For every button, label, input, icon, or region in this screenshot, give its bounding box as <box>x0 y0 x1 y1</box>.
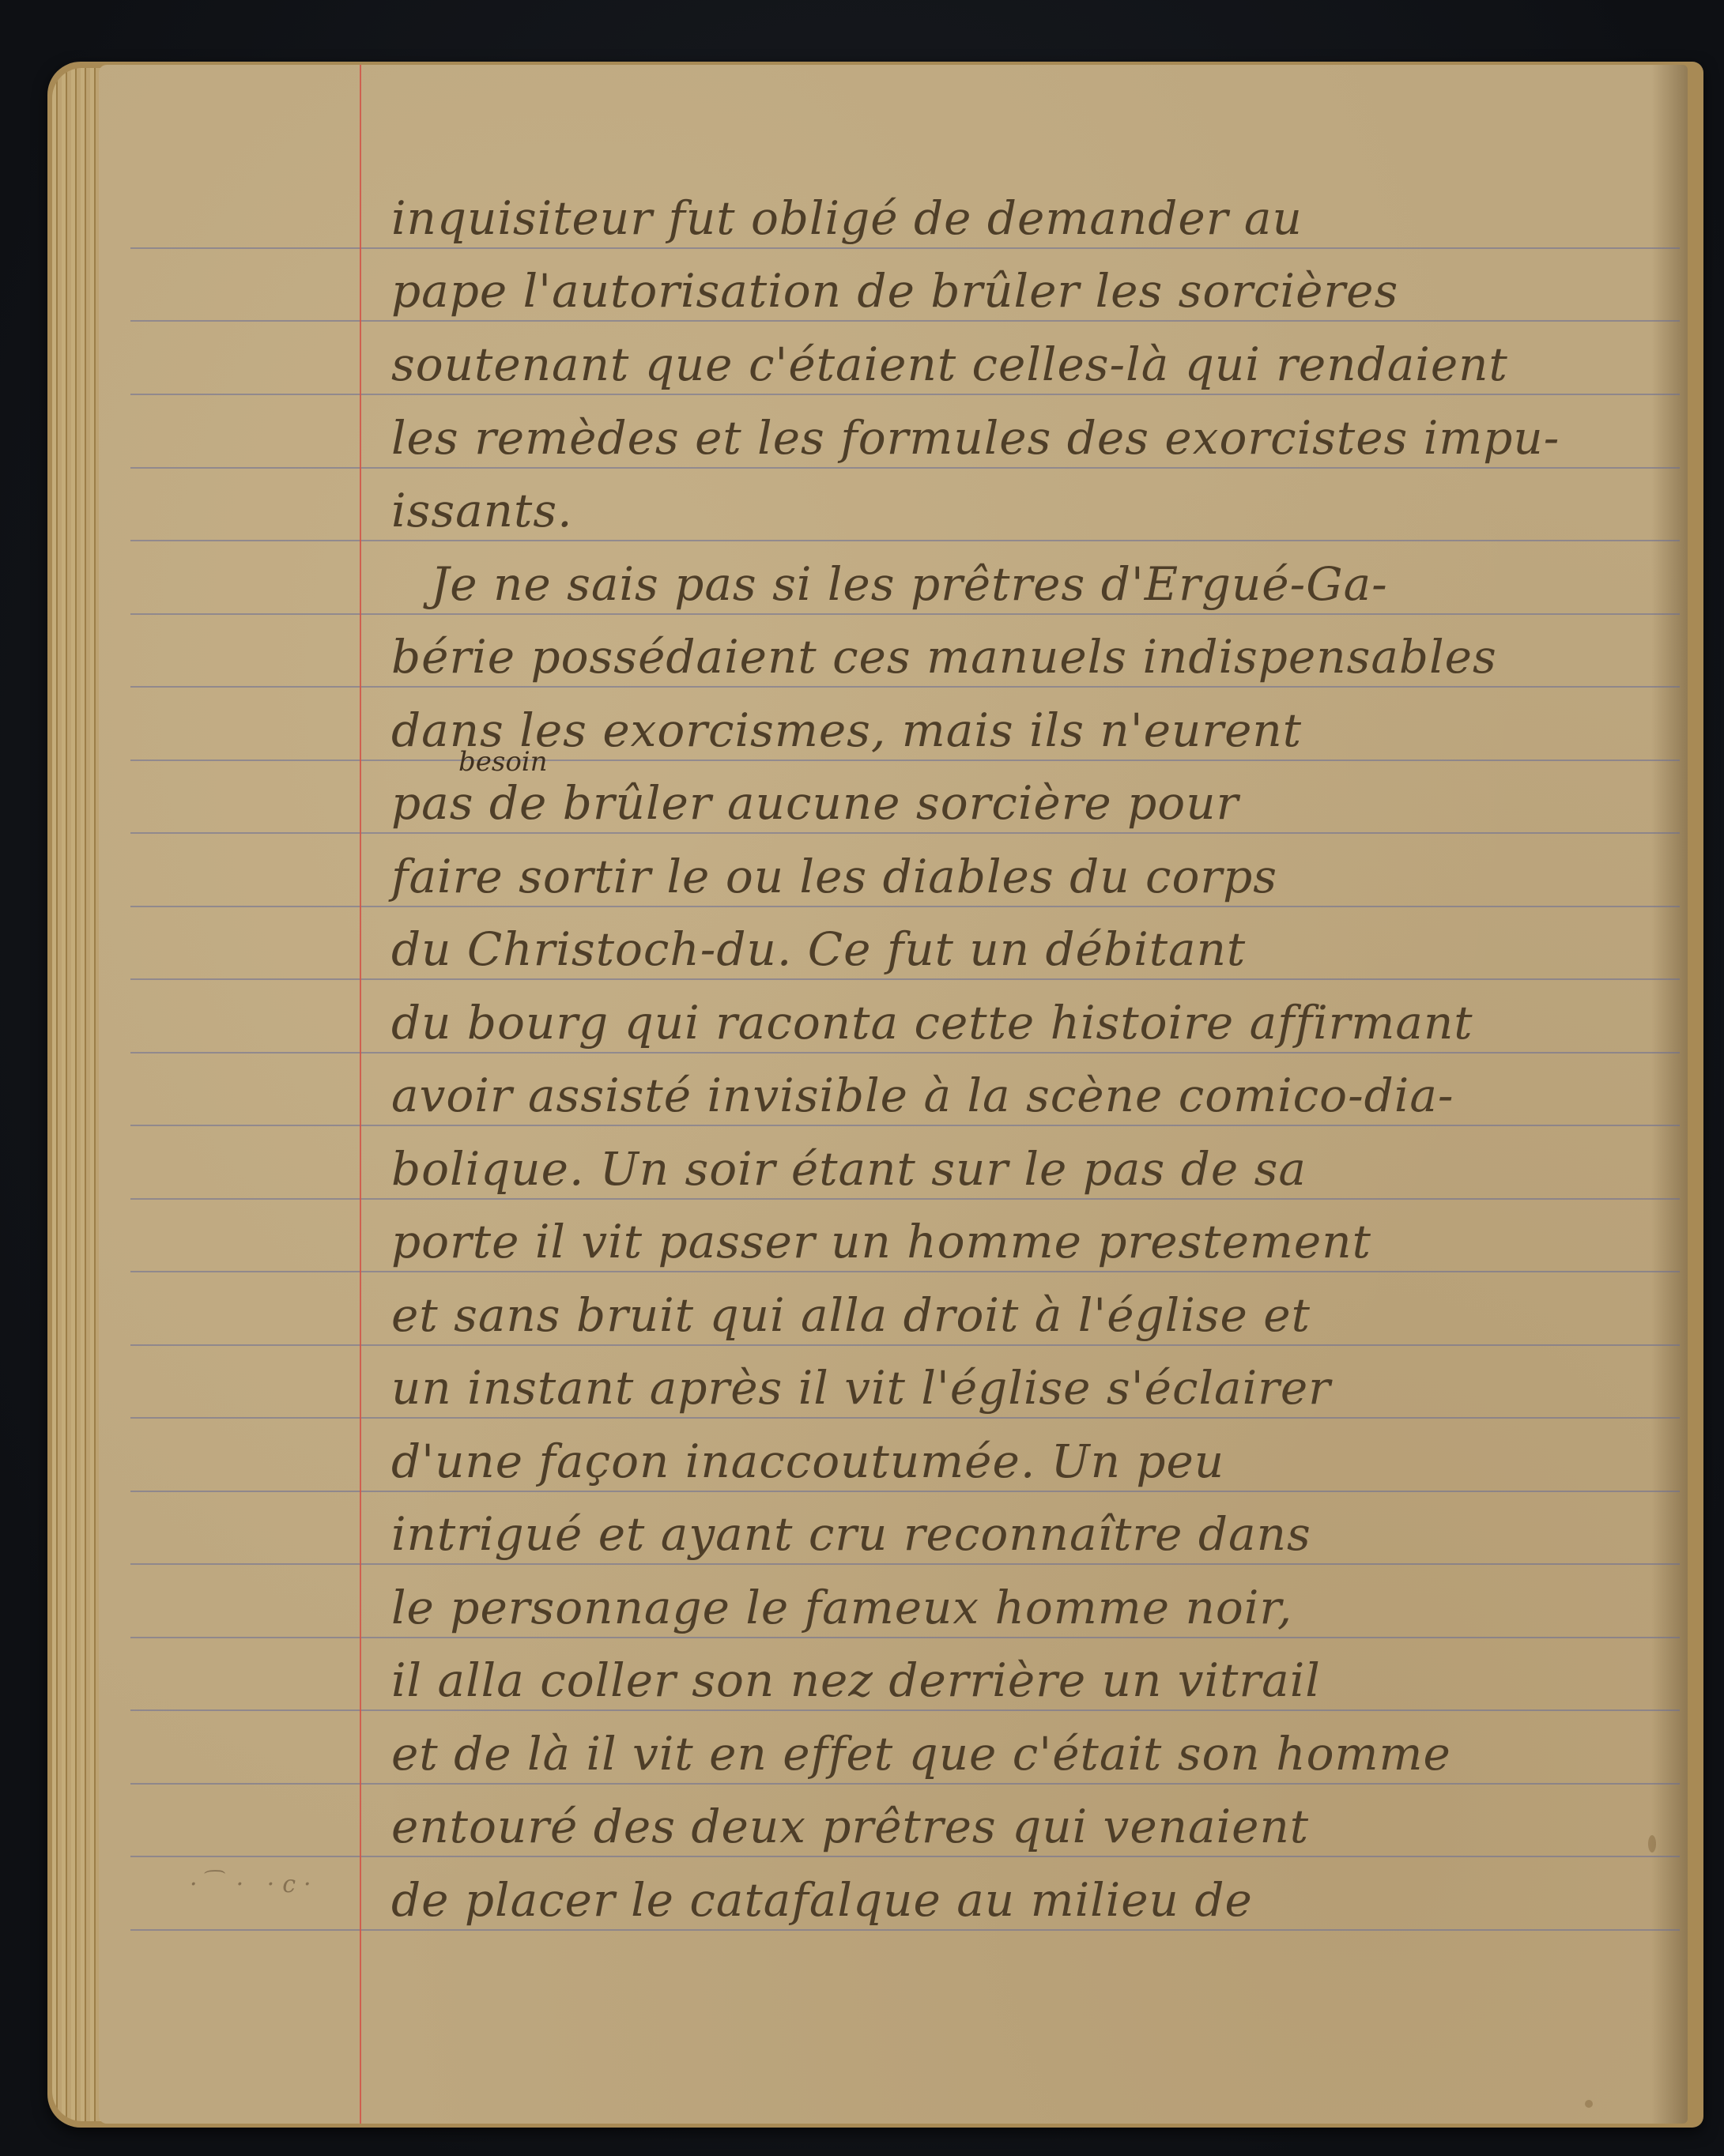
text-line: bolique. Un soir étant sur le pas de sa <box>391 1133 1664 1205</box>
text-line: issants. <box>391 474 1664 547</box>
red-margin-line <box>360 65 361 2124</box>
text-line: soutenant que c'étaient celles-là qui re… <box>391 328 1664 401</box>
faint-margin-marks: · ͡ · ·c· <box>190 1871 319 1898</box>
text-line: intrigué et ayant cru reconnaître dans <box>391 1498 1664 1570</box>
text-line: entouré des deux prêtres qui venaient <box>391 1790 1664 1863</box>
text-line: et de là il vit en effet que c'était son… <box>391 1717 1664 1790</box>
notebook-page: inquisiteur fut obligé de demander au pa… <box>99 65 1688 2124</box>
text-line: il alla coller son nez derrière un vitra… <box>391 1644 1664 1717</box>
text-line: le personnage le fameux homme noir, <box>391 1571 1664 1644</box>
text-line-paragraph-start: Je ne sais pas si les prêtres d'Ergué-Ga… <box>391 548 1664 620</box>
text-line: pas de brûler aucune sorcière pour <box>391 767 1664 839</box>
text-line: de placer le catafalque au milieu de <box>391 1864 1664 1936</box>
text-line: du Christoch-du. Ce fut un débitant <box>391 913 1664 986</box>
text-line: du bourg qui raconta cette histoire affi… <box>391 986 1664 1059</box>
text-line: dans les exorcismes, mais ils n'eurent <box>391 694 1664 767</box>
text-line: faire sortir le ou les diables du corps <box>391 840 1664 913</box>
ink-stain <box>1585 2100 1593 2108</box>
text-line: avoir assisté invisible à la scène comic… <box>391 1059 1664 1132</box>
text-line: pape l'autorisation de brûler les sorciè… <box>391 254 1664 327</box>
ink-stain <box>1648 1835 1656 1853</box>
text-line: bérie possédaient ces manuels indispensa… <box>391 620 1664 693</box>
text-line: inquisiteur fut obligé de demander au <box>391 182 1664 254</box>
text-line: les remèdes et les formules des exorcist… <box>391 401 1664 474</box>
text-line: un instant après il vit l'église s'éclai… <box>391 1351 1664 1424</box>
text-line: porte il vit passer un homme prestement <box>391 1205 1664 1278</box>
interlinear-insertion: besoin <box>458 746 548 778</box>
text-line: d'une façon inaccoutumée. Un peu <box>391 1425 1664 1498</box>
text-line: et sans bruit qui alla droit à l'église … <box>391 1279 1664 1351</box>
